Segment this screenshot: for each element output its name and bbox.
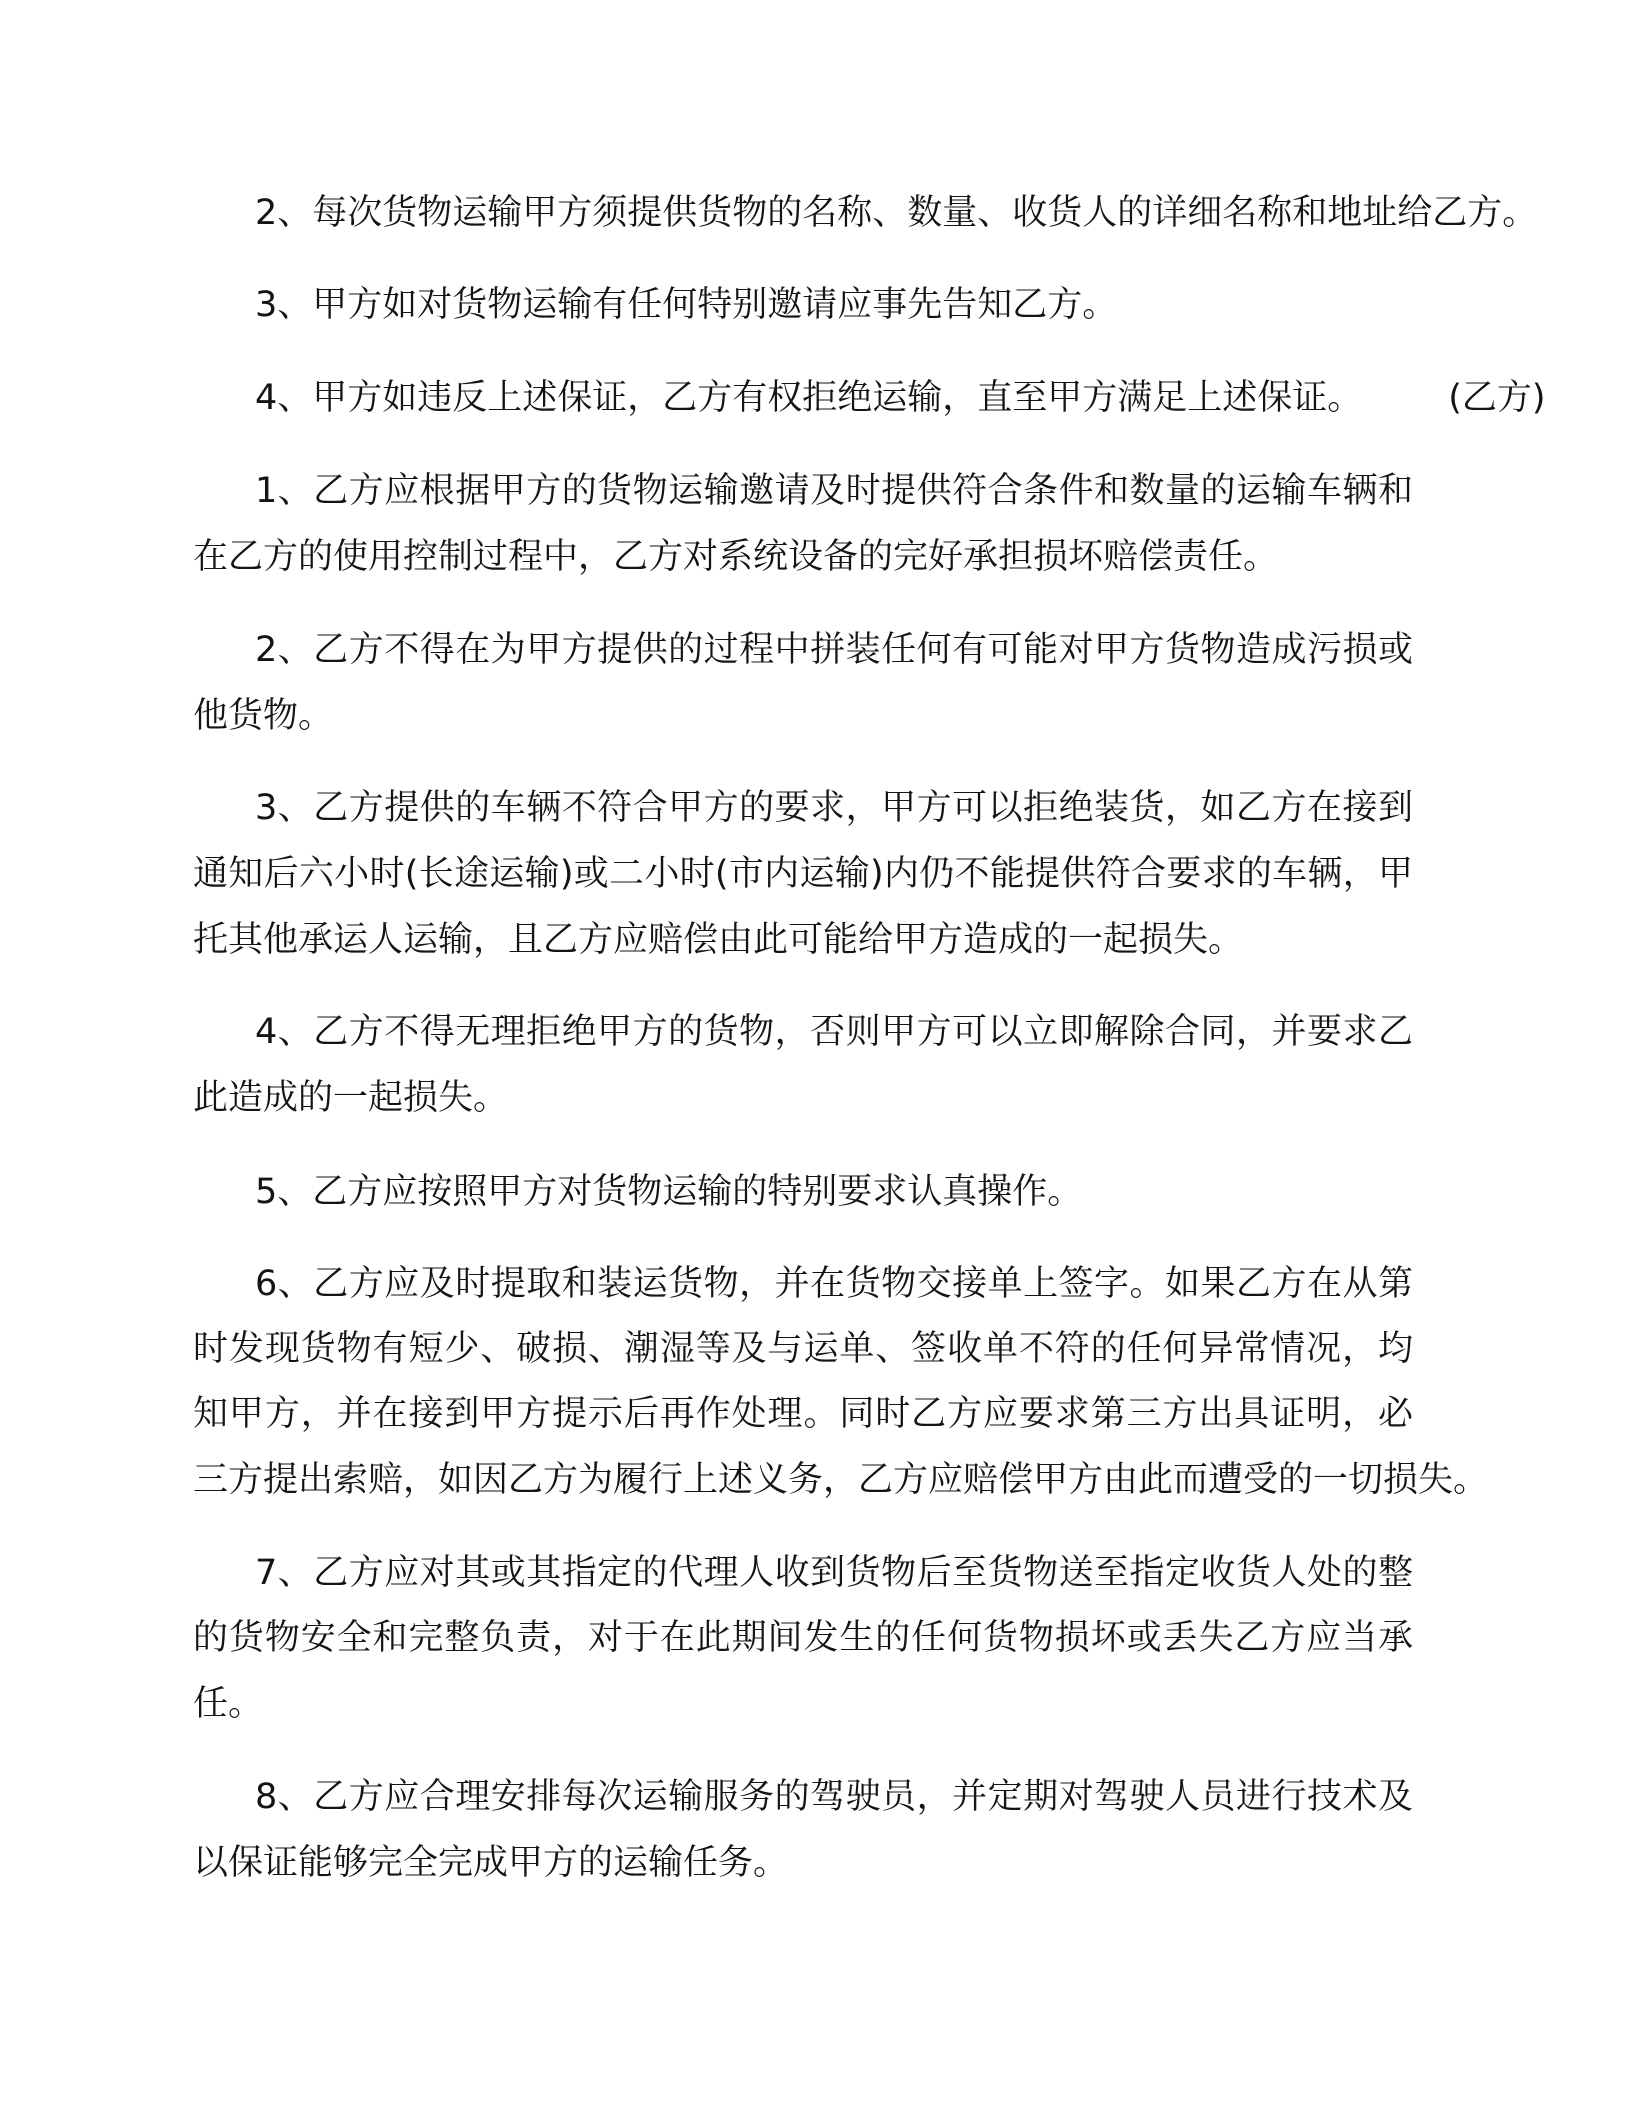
paragraph-line: 5、乙方应按照甲方对货物运输的特别要求认真操作。	[255, 1172, 1082, 1212]
line-text: 1、乙方应根据甲方的货物运输邀请及时提供符合条件和数量的运输车辆和驾驶员，	[255, 471, 1413, 511]
line-text: 此造成的一起损失。	[193, 1078, 508, 1118]
paragraph-line: 此造成的一起损失。	[193, 1078, 508, 1118]
section-heading-party-b: (乙方)	[1448, 378, 1545, 418]
paragraph-line: 6、乙方应及时提取和装运货物，并在货物交接单上签字。如果乙方在从第三方提货	[255, 1264, 1413, 1304]
paragraph-line: 通知后六小时(长途运输)或二小时(市内运输)内仍不能提供符合要求的车辆，甲方有权…	[193, 854, 1413, 894]
paragraph-line: 知甲方，并在接到甲方提示后再作处理。同时乙方应要求第三方出具证明，必要时向第	[193, 1394, 1413, 1434]
paragraph-line: 以保证能够完全完成甲方的运输任务。	[193, 1843, 788, 1883]
line-text: 2、乙方不得在为甲方提供的过程中拼装任何有可能对甲方货物造成污损或危险的其	[255, 630, 1413, 670]
paragraph-line: 7、乙方应对其或其指定的代理人收到货物后至货物送至指定收货人处的整个过程中	[255, 1553, 1413, 1593]
line-text: 以保证能够完全完成甲方的运输任务。	[193, 1843, 788, 1883]
paragraph-line: 在乙方的使用控制过程中，乙方对系统设备的完好承担损坏赔偿责任。	[193, 537, 1278, 577]
paragraph-line: 3、乙方提供的车辆不符合甲方的要求，甲方可以拒绝装货，如乙方在接到甲方运输	[255, 788, 1413, 828]
line-text: 的货物安全和完整负责，对于在此期间发生的任何货物损坏或丢失乙方应当承担赔偿责	[193, 1618, 1413, 1658]
paragraph-line: 2、乙方不得在为甲方提供的过程中拼装任何有可能对甲方货物造成污损或危险的其	[255, 630, 1413, 670]
paragraph-line: 他货物。	[193, 696, 333, 736]
paragraph-line: 时发现货物有短少、破损、潮湿等及与运单、签收单不符的任何异常情况，均应立即通	[193, 1329, 1413, 1369]
line-text: 5、乙方应按照甲方对货物运输的特别要求认真操作。	[255, 1172, 1082, 1212]
line-text: 4、乙方不得无理拒绝甲方的货物，否则甲方可以立即解除合同，并要求乙方赔偿由	[255, 1012, 1413, 1052]
line-text: 托其他承运人运输，且乙方应赔偿由此可能给甲方造成的一起损失。	[193, 920, 1243, 960]
paragraph-line: 3、甲方如对货物运输有任何特别邀请应事先告知乙方。	[255, 285, 1117, 325]
line-text: 3、甲方如对货物运输有任何特别邀请应事先告知乙方。	[255, 285, 1117, 325]
line-text: 7、乙方应对其或其指定的代理人收到货物后至货物送至指定收货人处的整个过程中	[255, 1553, 1413, 1593]
line-text: 3、乙方提供的车辆不符合甲方的要求，甲方可以拒绝装货，如乙方在接到甲方运输	[255, 788, 1413, 828]
line-text: 8、乙方应合理安排每次运输服务的驾驶员，并定期对驾驶人员进行技术及素质培训，	[255, 1777, 1413, 1817]
line-text: 4、甲方如违反上述保证，乙方有权拒绝运输，直至甲方满足上述保证。	[255, 378, 1362, 418]
line-text: 2、每次货物运输甲方须提供货物的名称、数量、收货人的详细名称和地址给乙方。	[255, 193, 1537, 233]
paragraph-line: 三方提出索赔，如因乙方为履行上述义务，乙方应赔偿甲方由此而遭受的一切损失。	[193, 1460, 1488, 1500]
line-text: 通知后六小时(长途运输)或二小时(市内运输)内仍不能提供符合要求的车辆，甲方有权…	[193, 854, 1413, 894]
paragraph-line: 任。	[193, 1684, 263, 1724]
paragraph-line: 1、乙方应根据甲方的货物运输邀请及时提供符合条件和数量的运输车辆和驾驶员，	[255, 471, 1413, 511]
line-text: 在乙方的使用控制过程中，乙方对系统设备的完好承担损坏赔偿责任。	[193, 537, 1278, 577]
line-text: 时发现货物有短少、破损、潮湿等及与运单、签收单不符的任何异常情况，均应立即通	[193, 1329, 1413, 1369]
paragraph-line: 的货物安全和完整负责，对于在此期间发生的任何货物损坏或丢失乙方应当承担赔偿责	[193, 1618, 1413, 1658]
paragraph-line: 8、乙方应合理安排每次运输服务的驾驶员，并定期对驾驶人员进行技术及素质培训，	[255, 1777, 1413, 1817]
paragraph-line: 2、每次货物运输甲方须提供货物的名称、数量、收货人的详细名称和地址给乙方。	[255, 193, 1537, 233]
paragraph-line: 4、乙方不得无理拒绝甲方的货物，否则甲方可以立即解除合同，并要求乙方赔偿由	[255, 1012, 1413, 1052]
line-text: 6、乙方应及时提取和装运货物，并在货物交接单上签字。如果乙方在从第三方提货	[255, 1264, 1413, 1304]
document-page: 2、每次货物运输甲方须提供货物的名称、数量、收货人的详细名称和地址给乙方。3、甲…	[0, 0, 1632, 2112]
line-text: 任。	[193, 1684, 263, 1724]
paragraph-line: 4、甲方如违反上述保证，乙方有权拒绝运输，直至甲方满足上述保证。(乙方)	[255, 378, 1546, 418]
paragraph-line: 托其他承运人运输，且乙方应赔偿由此可能给甲方造成的一起损失。	[193, 920, 1243, 960]
line-text: 他货物。	[193, 696, 333, 736]
line-text: 知甲方，并在接到甲方提示后再作处理。同时乙方应要求第三方出具证明，必要时向第	[193, 1394, 1413, 1434]
line-text: 三方提出索赔，如因乙方为履行上述义务，乙方应赔偿甲方由此而遭受的一切损失。	[193, 1460, 1488, 1500]
